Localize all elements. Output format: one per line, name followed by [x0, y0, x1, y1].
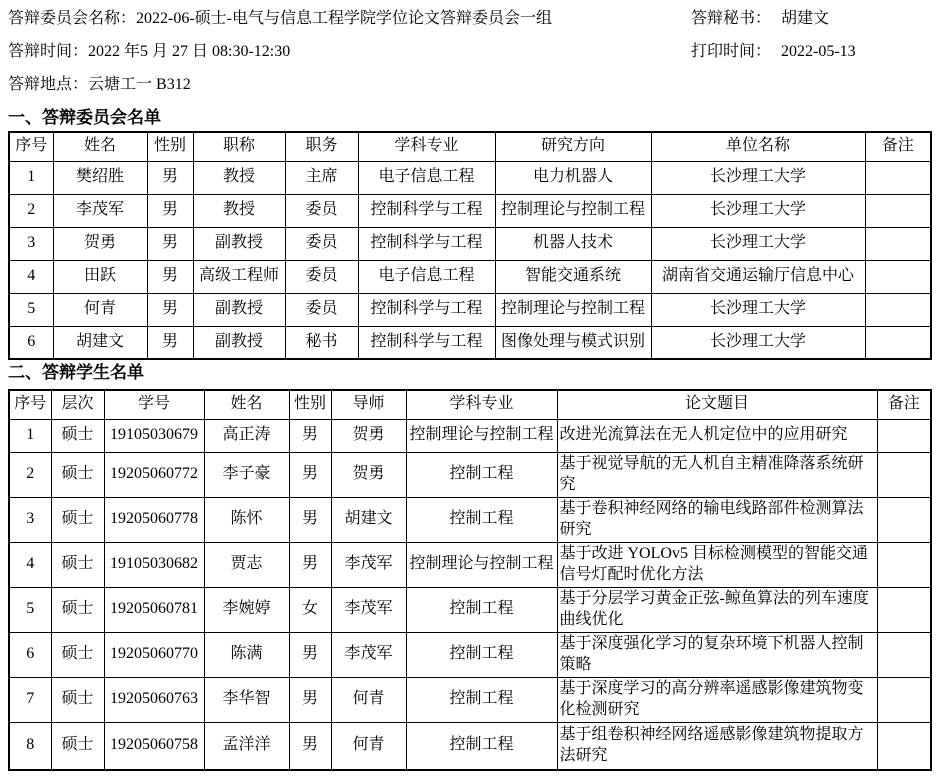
committee-table-body: 1樊绍胜男教授主席电子信息工程电力机器人长沙理工大学2李茂军男教授委员控制科学与…: [9, 161, 931, 359]
table-cell: [865, 293, 931, 326]
table-cell: 湖南省交通运输厅信息中心: [651, 260, 865, 293]
table-row: 5何青男副教授委员控制科学与工程控制理论与控制工程长沙理工大学: [9, 293, 931, 326]
table-cell: 胡建文: [331, 497, 406, 542]
column-header: 姓名: [53, 132, 147, 161]
table-cell: 19105030679: [104, 419, 204, 452]
table-cell: 控制工程: [406, 587, 557, 632]
column-header: 职务: [285, 132, 358, 161]
table-cell: 女: [289, 587, 331, 632]
defense-roster-document: 答辩委员会名称：2022-06-硕士-电气与信息工程学院学位论文答辩委员会一组 …: [0, 0, 942, 780]
table-cell: 李华智: [204, 677, 289, 722]
table-cell: 图像处理与模式识别: [495, 326, 651, 359]
table-cell: 1: [9, 419, 51, 452]
table-cell: 硕士: [51, 677, 104, 722]
table-cell: 控制工程: [406, 722, 557, 770]
table-cell: 电力机器人: [495, 161, 651, 194]
table-cell: 1: [9, 161, 53, 194]
table-cell: 贺勇: [331, 419, 406, 452]
print-time-label: 打印时间：: [691, 42, 771, 62]
print-time-line: 打印时间：2022-05-13: [691, 42, 856, 62]
table-cell: 男: [147, 293, 193, 326]
table-cell: 樊绍胜: [53, 161, 147, 194]
table-cell: [865, 161, 931, 194]
column-header: 姓名: [204, 390, 289, 419]
table-cell: 高正涛: [204, 419, 289, 452]
table-row: 1樊绍胜男教授主席电子信息工程电力机器人长沙理工大学: [9, 161, 931, 194]
table-cell: 委员: [285, 194, 358, 227]
table-cell: 贺勇: [53, 227, 147, 260]
table-cell: 委员: [285, 293, 358, 326]
column-header: 序号: [9, 132, 53, 161]
table-cell: 电子信息工程: [358, 260, 495, 293]
table-cell: 19205060781: [104, 587, 204, 632]
table-cell: 男: [289, 722, 331, 770]
table-cell: 李茂军: [331, 632, 406, 677]
table-row: 8硕士19205060758孟洋洋男何青控制工程基于组卷积神经网络遥感影像建筑物…: [9, 722, 931, 770]
table-cell: 硕士: [51, 419, 104, 452]
table-cell: 3: [9, 227, 53, 260]
table-cell: [865, 194, 931, 227]
table-row: 5硕士19205060781李婉婷女李茂军控制工程基于分层学习黄金正弦-鲸鱼算法…: [9, 587, 931, 632]
column-header: 学科专业: [358, 132, 495, 161]
table-cell: [877, 587, 931, 632]
table-cell: 控制科学与工程: [358, 326, 495, 359]
table-cell: 陈怀: [204, 497, 289, 542]
defense-time-line: 答辩时间：2022 年5 月 27 日 08:30-12:30: [8, 42, 290, 62]
table-cell: 8: [9, 722, 51, 770]
table-cell: [877, 722, 931, 770]
table-cell: 基于分层学习黄金正弦-鲸鱼算法的列车速度曲线优化: [557, 587, 877, 632]
column-header: 论文题目: [557, 390, 877, 419]
table-cell: 基于卷积神经网络的输电线路部件检测算法研究: [557, 497, 877, 542]
table-cell: 硕士: [51, 497, 104, 542]
table-cell: 控制理论与控制工程: [495, 293, 651, 326]
table-cell: 男: [289, 542, 331, 587]
table-cell: 田跃: [53, 260, 147, 293]
students-table: 序号层次学号姓名性别导师学科专业论文题目备注 1硕士19105030679高正涛…: [8, 389, 932, 771]
table-cell: 男: [289, 452, 331, 497]
table-cell: 6: [9, 632, 51, 677]
table-row: 7硕士19205060763李华智男何青控制工程基于深度学习的高分辨率遥感影像建…: [9, 677, 931, 722]
column-header: 序号: [9, 390, 51, 419]
column-header: 学科专业: [406, 390, 557, 419]
table-cell: 贾志: [204, 542, 289, 587]
table-cell: [877, 632, 931, 677]
table-cell: 李茂军: [331, 542, 406, 587]
table-cell: 控制工程: [406, 632, 557, 677]
location-line: 答辩地点：云塘工一 B312: [8, 75, 191, 95]
table-cell: 教授: [193, 161, 285, 194]
table-cell: 19205060778: [104, 497, 204, 542]
defense-time-value: 2022 年5 月 27 日 08:30-12:30: [88, 42, 290, 62]
table-cell: 孟洋洋: [204, 722, 289, 770]
table-cell: 控制工程: [406, 497, 557, 542]
location-value: 云塘工一 B312: [88, 75, 191, 95]
table-row: 3硕士19205060778陈怀男胡建文控制工程基于卷积神经网络的输电线路部件检…: [9, 497, 931, 542]
table-cell: 19205060770: [104, 632, 204, 677]
table-cell: 男: [289, 632, 331, 677]
table-cell: 4: [9, 260, 53, 293]
table-cell: [865, 227, 931, 260]
table-cell: 男: [147, 161, 193, 194]
table-cell: 硕士: [51, 632, 104, 677]
table-cell: 委员: [285, 260, 358, 293]
table-cell: 委员: [285, 227, 358, 260]
table-cell: 男: [289, 497, 331, 542]
table-cell: 长沙理工大学: [651, 161, 865, 194]
table-cell: 2: [9, 194, 53, 227]
table-cell: 男: [147, 326, 193, 359]
table-cell: 秘书: [285, 326, 358, 359]
table-cell: 何青: [331, 722, 406, 770]
table-cell: 李茂军: [53, 194, 147, 227]
table-cell: 电子信息工程: [358, 161, 495, 194]
table-cell: 李茂军: [331, 587, 406, 632]
table-cell: 硕士: [51, 722, 104, 770]
table-row: 2硕士19205060772李子豪男贺勇控制工程基于视觉导航的无人机自主精准降落…: [9, 452, 931, 497]
table-cell: 控制科学与工程: [358, 194, 495, 227]
committee-table: 序号姓名性别职称职务学科专业研究方向单位名称备注 1樊绍胜男教授主席电子信息工程…: [8, 131, 932, 360]
table-cell: [877, 677, 931, 722]
secretary-label: 答辩秘书：: [691, 9, 771, 29]
location-label: 答辩地点：: [8, 75, 88, 95]
table-cell: 基于视觉导航的无人机自主精准降落系统研究: [557, 452, 877, 497]
print-time-value: 2022-05-13: [781, 42, 856, 62]
table-cell: 男: [147, 194, 193, 227]
table-cell: [865, 326, 931, 359]
table-row: 4硕士19105030682贾志男李茂军控制理论与控制工程基于改进 YOLOv5…: [9, 542, 931, 587]
table-cell: [877, 497, 931, 542]
table-cell: 19205060772: [104, 452, 204, 497]
column-header: 导师: [331, 390, 406, 419]
table-cell: 控制理论与控制工程: [495, 194, 651, 227]
table-cell: 李婉婷: [204, 587, 289, 632]
table-cell: 19105030682: [104, 542, 204, 587]
committee-name-line: 答辩委员会名称：2022-06-硕士-电气与信息工程学院学位论文答辩委员会一组: [8, 9, 552, 29]
secretary-line: 答辩秘书：胡建文: [691, 9, 829, 29]
table-cell: 控制科学与工程: [358, 227, 495, 260]
table-cell: 控制工程: [406, 452, 557, 497]
table-row: 4田跃男高级工程师委员电子信息工程智能交通系统湖南省交通运输厅信息中心: [9, 260, 931, 293]
column-header: 研究方向: [495, 132, 651, 161]
table-row: 3贺勇男副教授委员控制科学与工程机器人技术长沙理工大学: [9, 227, 931, 260]
table-cell: [877, 419, 931, 452]
defense-time-label: 答辩时间：: [8, 42, 88, 62]
table-cell: 男: [147, 260, 193, 293]
table-cell: 硕士: [51, 587, 104, 632]
table-cell: 19205060763: [104, 677, 204, 722]
table-cell: 副教授: [193, 293, 285, 326]
table-cell: 基于深度学习的高分辨率遥感影像建筑物变化检测研究: [557, 677, 877, 722]
students-section-title: 二、答辩学生名单: [8, 362, 144, 384]
table-row: 2李茂军男教授委员控制科学与工程控制理论与控制工程长沙理工大学: [9, 194, 931, 227]
table-cell: 3: [9, 497, 51, 542]
table-cell: 长沙理工大学: [651, 227, 865, 260]
table-cell: 6: [9, 326, 53, 359]
table-cell: 机器人技术: [495, 227, 651, 260]
committee-section-title: 一、答辩委员会名单: [8, 107, 161, 129]
table-cell: 陈满: [204, 632, 289, 677]
table-cell: 控制理论与控制工程: [406, 542, 557, 587]
table-cell: 7: [9, 677, 51, 722]
column-header: 备注: [865, 132, 931, 161]
table-cell: 控制科学与工程: [358, 293, 495, 326]
table-cell: 男: [289, 677, 331, 722]
table-cell: 高级工程师: [193, 260, 285, 293]
table-cell: 5: [9, 587, 51, 632]
column-header: 层次: [51, 390, 104, 419]
committee-name-label: 答辩委员会名称：: [8, 9, 136, 29]
table-row: 6硕士19205060770陈满男李茂军控制工程基于深度强化学习的复杂环境下机器…: [9, 632, 931, 677]
table-cell: 李子豪: [204, 452, 289, 497]
secretary-value: 胡建文: [781, 9, 829, 29]
table-cell: 控制工程: [406, 677, 557, 722]
table-cell: 基于深度强化学习的复杂环境下机器人控制策略: [557, 632, 877, 677]
table-cell: 基于改进 YOLOv5 目标检测模型的智能交通信号灯配时优化方法: [557, 542, 877, 587]
table-cell: [865, 260, 931, 293]
table-cell: [877, 452, 931, 497]
table-cell: 男: [147, 227, 193, 260]
column-header: 性别: [147, 132, 193, 161]
table-cell: 副教授: [193, 326, 285, 359]
table-cell: 贺勇: [331, 452, 406, 497]
table-cell: 长沙理工大学: [651, 194, 865, 227]
table-cell: 男: [289, 419, 331, 452]
table-cell: 教授: [193, 194, 285, 227]
table-cell: 2: [9, 452, 51, 497]
column-header: 备注: [877, 390, 931, 419]
column-header: 性别: [289, 390, 331, 419]
table-cell: 19205060758: [104, 722, 204, 770]
table-cell: 控制理论与控制工程: [406, 419, 557, 452]
table-cell: 4: [9, 542, 51, 587]
table-cell: 硕士: [51, 542, 104, 587]
table-cell: 何青: [53, 293, 147, 326]
table-cell: 主席: [285, 161, 358, 194]
students-header-row: 序号层次学号姓名性别导师学科专业论文题目备注: [9, 390, 931, 419]
column-header: 学号: [104, 390, 204, 419]
committee-header-row: 序号姓名性别职称职务学科专业研究方向单位名称备注: [9, 132, 931, 161]
table-cell: 基于组卷积神经网络遥感影像建筑物提取方法研究: [557, 722, 877, 770]
committee-name-value: 2022-06-硕士-电气与信息工程学院学位论文答辩委员会一组: [136, 9, 552, 29]
table-cell: 胡建文: [53, 326, 147, 359]
table-cell: 长沙理工大学: [651, 326, 865, 359]
table-cell: 智能交通系统: [495, 260, 651, 293]
column-header: 职称: [193, 132, 285, 161]
students-table-body: 1硕士19105030679高正涛男贺勇控制理论与控制工程改进光流算法在无人机定…: [9, 419, 931, 770]
table-cell: 长沙理工大学: [651, 293, 865, 326]
column-header: 单位名称: [651, 132, 865, 161]
table-cell: 改进光流算法在无人机定位中的应用研究: [557, 419, 877, 452]
table-row: 6胡建文男副教授秘书控制科学与工程图像处理与模式识别长沙理工大学: [9, 326, 931, 359]
table-cell: [877, 542, 931, 587]
table-row: 1硕士19105030679高正涛男贺勇控制理论与控制工程改进光流算法在无人机定…: [9, 419, 931, 452]
table-cell: 硕士: [51, 452, 104, 497]
table-cell: 5: [9, 293, 53, 326]
table-cell: 何青: [331, 677, 406, 722]
table-cell: 副教授: [193, 227, 285, 260]
